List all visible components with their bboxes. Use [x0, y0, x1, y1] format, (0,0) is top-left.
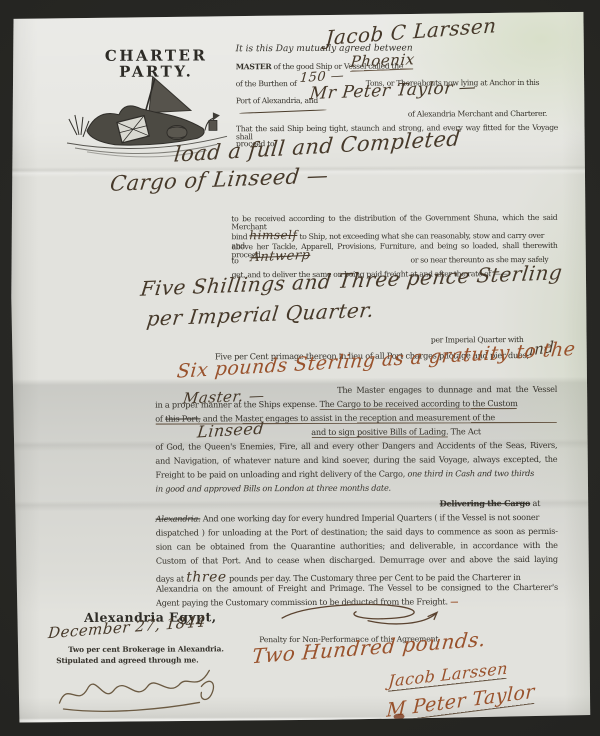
printed-word-to: to: [232, 257, 239, 265]
printed-clause-bills-london: in good and approved Bills on London at …: [156, 484, 391, 494]
ink-stain-mark: [394, 714, 405, 720]
printed-master-label: MASTER: [236, 62, 272, 71]
printed-clause-bills: and to sign positive Bills of Lading.: [311, 426, 448, 437]
handwritten-brown-dash: —: [450, 596, 458, 606]
printed-laydays-2: dispatched ) for unloading at the Port o…: [156, 527, 558, 537]
printed-clause-custom: The Cargo to be received according to th…: [320, 398, 518, 409]
printed-clause-act-of-god: of God, the Queen's Enemies, Fire, all a…: [155, 441, 557, 451]
printed-laydays-4: Custom of that Port. And to cease when d…: [156, 555, 558, 565]
handwritten-linseed: Linseed: [196, 419, 265, 442]
handwritten-ship-name: Phoenix: [350, 50, 416, 71]
printed-word-at: at: [533, 498, 541, 508]
pen-underline-mark: [239, 109, 327, 114]
printed-strike-delivering-cargo: Delivering the Cargo: [440, 498, 531, 508]
printed-clause-navigation: and Navigation, of whatever nature and k…: [155, 455, 557, 465]
handwritten-cargo-line-2: Cargo of Linseed —: [109, 163, 330, 196]
printed-laydays-6: Alexandria on the amount of Freight and …: [156, 583, 558, 593]
charter-party-document: CHARTER PARTY. It is: [9, 11, 590, 724]
handwritten-gratuity-line: Six pounds Sterling as a gratuity to the: [176, 338, 577, 383]
printed-line-burthen: of the Burthen of: [236, 80, 297, 88]
printed-clause-one-third: one third in Cash and two thirds: [407, 468, 534, 479]
printed-laydays-3: sion can be obtained from the Quarantine…: [156, 541, 558, 551]
handwritten-rate-line-1: Five Shillings and Three pence Sterling: [139, 260, 564, 301]
printed-brokerage-line-1: Two per cent Brokerage in Alexandria.: [68, 645, 224, 653]
broker-signature-scrawl: [51, 662, 223, 713]
handwritten-penalty-amount: Two Hundred pounds.: [251, 627, 487, 669]
printed-strike-this-port: this Port,: [165, 413, 200, 423]
printed-line-port: Port of Alexandria, and: [236, 97, 318, 105]
handwritten-rate-line-2: per Imperial Quarter.: [145, 298, 375, 331]
printed-line-dunnage: The Master engages to dunnage and mat th…: [337, 385, 557, 395]
printed-clause-freight: Freight to be paid on unloading and righ…: [155, 469, 405, 480]
handwritten-destination-antwerp: Antwerp: [250, 248, 311, 265]
printed-strike-alexandria: Alexandria.: [156, 513, 201, 523]
printed-laydays-5a: days at: [156, 574, 184, 584]
printed-clause-expense: in a proper manner at the Ships expense.: [155, 399, 317, 410]
photo-background: CHARTER PARTY. It is: [0, 0, 600, 736]
printed-clause-the-act: The Act: [451, 426, 481, 436]
printed-word-of: of: [155, 414, 163, 424]
printed-line-merchant: of Alexandria Merchant and Charterer.: [408, 110, 547, 119]
handwritten-himself: himself: [249, 228, 297, 242]
printed-laydays-1: And one working day for every hundred Im…: [203, 512, 539, 523]
pen-flourish-mark: [276, 599, 446, 628]
